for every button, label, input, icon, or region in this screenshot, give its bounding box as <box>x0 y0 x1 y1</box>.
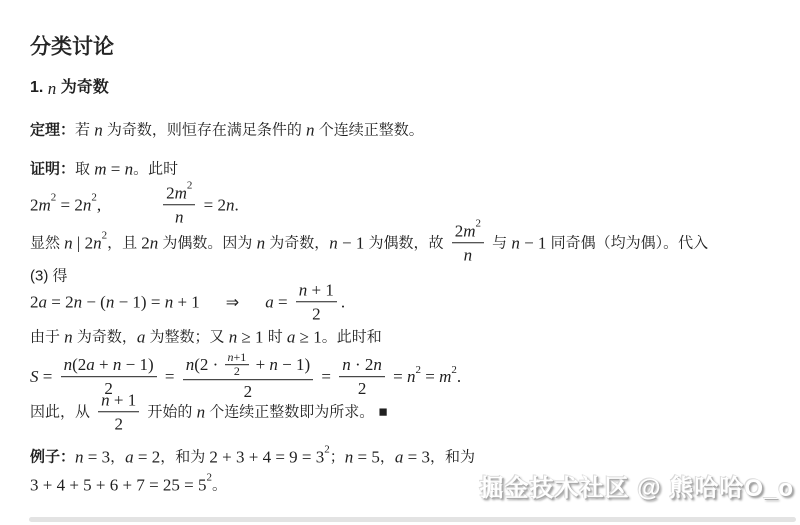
text-run: 为奇数， <box>265 233 329 254</box>
math-run: = 3 <box>403 446 430 467</box>
text-run: 取 <box>75 159 94 180</box>
math-variable: n <box>64 326 73 347</box>
math-run: = <box>317 366 335 387</box>
math-run: 2 <box>234 365 240 378</box>
math-run: (2 <box>72 354 86 375</box>
text-run: 。此时 <box>133 159 178 180</box>
math-variable: n <box>150 232 159 253</box>
math-run: · 2 <box>351 354 374 375</box>
label-run: 证明： <box>30 159 75 180</box>
math-run: 2 <box>166 182 175 203</box>
conclusion-paragraph: 因此，从 n + 12 开始的 n 个连续正整数即为所求。 ■ <box>30 389 388 435</box>
fraction: 2m2n <box>452 220 484 266</box>
math-run: + 1 <box>307 279 334 300</box>
text-run: 为奇数，则恒存在满足条件的 <box>103 120 306 141</box>
text-run: 因此，从 <box>30 402 94 423</box>
math-variable: n <box>407 366 416 387</box>
superscript: 2 <box>102 231 108 242</box>
math-run: − 1) = <box>114 291 164 312</box>
superscript: 2 <box>51 193 57 204</box>
text-run: ■ <box>374 402 387 423</box>
fraction-numerator: n + 1 <box>296 279 337 302</box>
math-run: . <box>235 194 239 215</box>
superscript: 2 <box>416 365 422 376</box>
math-variable: n <box>125 158 134 179</box>
math-run: +1 <box>234 351 247 364</box>
integrality-paragraph: 由于 n 为奇数，a 为整数；又 n ≥ 1 时 a ≥ 1。此时和 <box>30 326 382 347</box>
text-run: 个连续正整数。 <box>315 120 424 141</box>
math-variable: a <box>39 291 48 312</box>
math-variable: n <box>373 354 382 375</box>
text-run: 显然 <box>30 233 64 254</box>
fraction-denominator: 2 <box>231 365 243 378</box>
text-run: 若 <box>75 120 94 141</box>
superscript: 2 <box>475 219 481 230</box>
text-run: 与 <box>488 233 511 254</box>
math-variable: n <box>329 232 338 253</box>
math-variable: n <box>511 232 520 253</box>
math-run: + 1 <box>173 291 200 312</box>
math-variable: a <box>287 326 296 347</box>
math-variable: n <box>342 354 351 375</box>
text-run: ，且 <box>107 233 141 254</box>
math-variable: n <box>257 232 266 253</box>
math-run: (2 · <box>194 354 222 375</box>
math-run: − 1 <box>338 232 365 253</box>
text-run: 为偶数，故 <box>364 233 447 254</box>
math-variable: n <box>226 194 235 215</box>
math-variable: m <box>439 366 451 387</box>
math-variable: n <box>93 232 102 253</box>
math-run: − 1) <box>278 354 310 375</box>
math-run: ≥ 1 <box>295 326 321 347</box>
fraction: n + 12 <box>98 389 139 435</box>
label-run: 定理： <box>30 120 75 141</box>
math-run: = <box>389 366 407 387</box>
math-variable: n <box>74 291 83 312</box>
text-run: 个连续正整数即为所求。 <box>205 402 374 423</box>
math-run: , <box>97 194 101 215</box>
example-paragraph: 例子：n = 3，a = 2，和为 2 + 3 + 4 = 9 = 32；n =… <box>30 446 475 467</box>
math-run: ≥ 1 <box>237 326 263 347</box>
math-run: = 2 <box>134 446 161 467</box>
text-run: 开始的 <box>143 402 196 423</box>
math-variable: n <box>197 401 206 422</box>
math-variable: n <box>464 245 473 266</box>
fraction-denominator: 2 <box>309 303 324 325</box>
math-run: = 3 <box>84 446 111 467</box>
math-variable: n <box>345 446 354 467</box>
divisibility-paragraph: 显然 n | 2n2，且 2n 为偶数。因为 n 为奇数，n − 1 为偶数，故… <box>30 220 708 266</box>
text-run: 由于 <box>30 327 64 348</box>
math-variable: n <box>106 291 115 312</box>
fraction-denominator: 2 <box>111 413 126 435</box>
math-variable: S <box>30 366 39 387</box>
math-run: = 2 <box>56 194 83 215</box>
math-variable: n <box>64 232 73 253</box>
math-run: + <box>251 354 269 375</box>
math-run: 2 <box>141 232 150 253</box>
math-variable: a <box>125 446 134 467</box>
math-run: 2 <box>114 414 123 435</box>
superscript: 2 <box>451 365 457 376</box>
math-run: | 2 <box>73 232 93 253</box>
text-run: 。此时和 <box>322 327 382 348</box>
math-variable: n <box>299 279 308 300</box>
math-run: = 2 <box>199 194 226 215</box>
text-run: 分类讨论 <box>30 32 114 61</box>
math-run: 2 + 3 + 4 = 9 = 3 <box>209 446 324 467</box>
fraction: n+12 <box>225 351 250 378</box>
math-run: = <box>161 366 179 387</box>
math-variable: n <box>48 77 57 98</box>
math-run: 3 + 4 + 5 + 6 + 7 = 25 = 5 <box>30 474 207 495</box>
text-run: 为奇数， <box>73 327 137 348</box>
text-run: ， <box>380 447 395 468</box>
fraction-numerator: n + 1 <box>98 389 139 412</box>
text-run: ； <box>330 447 345 468</box>
fraction-numerator: n(2a + n − 1) <box>61 354 157 377</box>
math-variable: n <box>165 291 174 312</box>
text-run: 时 <box>264 327 287 348</box>
label-run: 例子： <box>30 447 75 468</box>
math-variable: a <box>395 446 404 467</box>
example-continuation: 3 + 4 + 5 + 6 + 7 = 25 = 52。 <box>30 474 227 495</box>
math-variable: a <box>86 354 95 375</box>
math-run: − 1 <box>520 232 547 253</box>
math-run: − ( <box>82 291 106 312</box>
math-variable: n <box>306 119 315 140</box>
fraction-numerator: n+1 <box>225 351 250 365</box>
label-run: 为奇数 <box>56 77 108 99</box>
bottom-divider <box>29 517 796 522</box>
section-heading-n-odd: 1. n 为奇数 <box>30 77 109 99</box>
math-run: 2 <box>30 194 39 215</box>
text-run: 同奇偶（均为偶）。代入 <box>546 233 708 254</box>
math-run: 2 <box>312 304 321 325</box>
math-variable: n <box>229 326 238 347</box>
math-variable: m <box>94 158 106 179</box>
math-variable: n <box>64 354 73 375</box>
fraction-numerator: 2m2 <box>163 182 195 205</box>
math-variable: n <box>94 119 103 140</box>
math-run: + 1 <box>110 389 137 410</box>
math-variable: a <box>265 291 274 312</box>
superscript: 2 <box>187 181 193 192</box>
fraction-numerator: n(2 · n+12 + n − 1) <box>183 351 313 380</box>
math-run: = <box>421 366 439 387</box>
superscript: 2 <box>324 445 330 456</box>
page-title: 分类讨论 <box>30 32 114 61</box>
fraction-numerator: n · 2n <box>339 354 385 377</box>
display-equation-2: 2a = 2n − (n − 1) = n + 1⇒a = n + 12. <box>30 279 345 325</box>
superscript: 2 <box>91 193 97 204</box>
text-run: 。 <box>212 475 227 496</box>
math-variable: n <box>75 446 84 467</box>
math-run: = 2 <box>47 291 74 312</box>
math-variable: m <box>175 182 187 203</box>
math-variable: n <box>186 354 195 375</box>
math-run: = <box>39 366 57 387</box>
fraction-denominator: n <box>461 244 476 266</box>
math-run: = <box>106 158 124 179</box>
watermark: 掘金技术社区 @ 熊哈哈O_o <box>480 477 794 501</box>
text-run: ，和为 <box>430 447 475 468</box>
math-run: = <box>274 291 292 312</box>
math-variable: n <box>113 354 122 375</box>
label-run: 1. <box>30 77 48 99</box>
text-run: 为整数；又 <box>145 327 228 348</box>
fraction-numerator: 2m2 <box>452 220 484 243</box>
text-run: ， <box>110 447 125 468</box>
math-variable: n <box>83 194 92 215</box>
math-run: . <box>341 291 345 312</box>
math-run: − 1) <box>121 354 153 375</box>
superscript: 2 <box>207 473 213 484</box>
math-variable: a <box>137 326 146 347</box>
math-run: = 5 <box>353 446 380 467</box>
math-variable: m <box>39 194 51 215</box>
math-run: 2 <box>30 291 39 312</box>
math-variable: m <box>463 220 475 241</box>
text-run: 为偶数。因为 <box>158 233 256 254</box>
text-run: ，和为 <box>160 447 209 468</box>
theorem-paragraph: 定理：若 n 为奇数，则恒存在满足条件的 n 个连续正整数。 <box>30 119 424 140</box>
math-variable: n <box>269 354 278 375</box>
math-variable: n <box>101 389 110 410</box>
math-run: 2 <box>455 220 464 241</box>
math-run: + <box>95 354 113 375</box>
implies-arrow-icon: ⇒ <box>226 294 239 310</box>
proof-intro-paragraph: 证明：取 m = n。此时 <box>30 158 178 179</box>
fraction: n + 12 <box>296 279 337 325</box>
math-run: . <box>457 366 461 387</box>
